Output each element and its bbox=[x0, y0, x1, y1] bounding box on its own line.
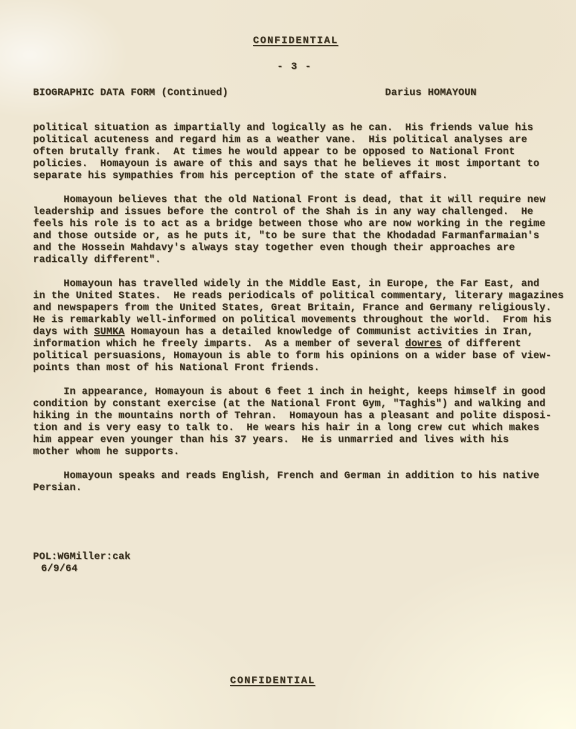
paragraph-3: Homayoun has travelled widely in the Mid… bbox=[33, 279, 563, 375]
classification-stamp-bottom: CONFIDENTIAL bbox=[230, 676, 315, 688]
document-body: political situation as impartially and l… bbox=[33, 123, 563, 507]
classification-stamp-top: CONFIDENTIAL bbox=[253, 36, 338, 48]
subject-name: Darius HOMAYOUN bbox=[385, 88, 477, 100]
draft-date: 6/9/64 bbox=[33, 564, 131, 576]
form-title: BIOGRAPHIC DATA FORM (Continued) bbox=[33, 88, 228, 100]
underlined-term-sumka: SUMKA bbox=[94, 327, 125, 338]
underlined-term-dowres: dowres bbox=[405, 339, 442, 350]
paragraph-4: In appearance, Homayoun is about 6 feet … bbox=[33, 387, 563, 459]
page-number: - 3 - bbox=[277, 62, 312, 74]
document-page: CONFIDENTIAL - 3 - BIOGRAPHIC DATA FORM … bbox=[0, 0, 576, 729]
paragraph-2: Homayoun believes that the old National … bbox=[33, 195, 563, 267]
drafter-block: POL:WGMiller:cak 6/9/64 bbox=[33, 552, 131, 576]
paragraph-1: political situation as impartially and l… bbox=[33, 123, 563, 183]
paragraph-5: Homayoun speaks and reads English, Frenc… bbox=[33, 471, 563, 495]
drafter-id: POL:WGMiller:cak bbox=[33, 552, 131, 564]
